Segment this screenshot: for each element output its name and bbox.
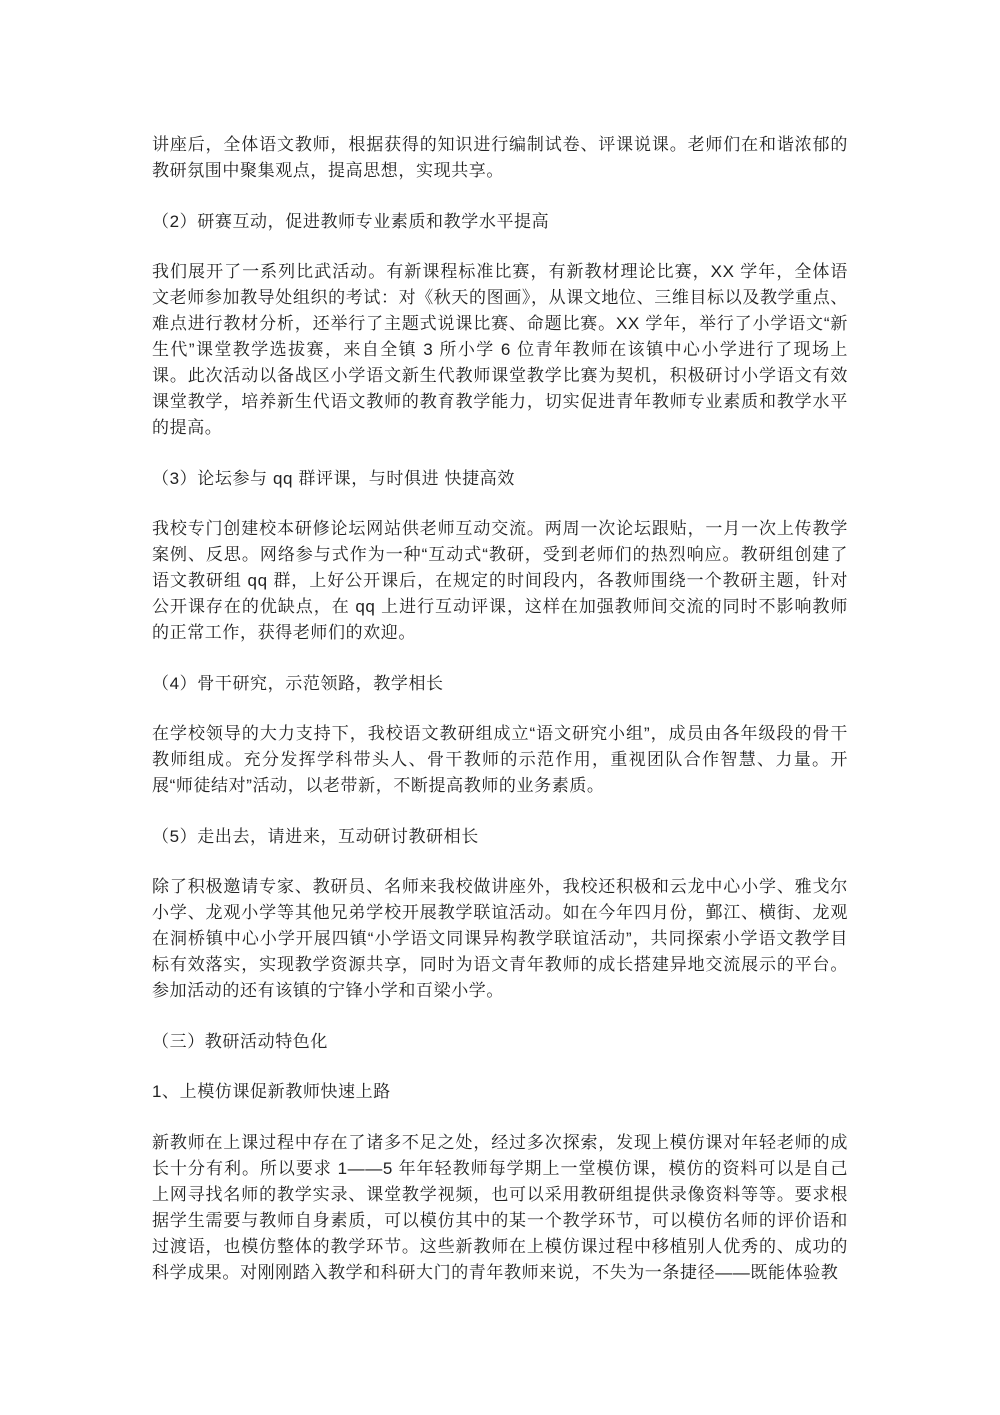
- paragraph-new-teacher-imitation: 新教师在上课过程中存在了诸多不足之处，经过多次探索，发现上模仿课对年轻老师的成长…: [152, 1130, 848, 1286]
- heading-1-imitation-class: 1、上模仿课促新教师快速上路: [152, 1079, 848, 1105]
- document-page: 讲座后，全体语文教师，根据获得的知识进行编制试卷、评课说课。老师们在和谐浓郁的教…: [0, 0, 1000, 1415]
- heading-section-three-special-activities: （三）教研活动特色化: [152, 1029, 848, 1055]
- paragraph-school-exchange-activities: 除了积极邀请专家、教研员、名师来我校做讲座外，我校还积极和云龙中心小学、雅戈尔小…: [152, 874, 848, 1004]
- document-body: 讲座后，全体语文教师，根据获得的知识进行编制试卷、评课说课。老师们在和谐浓郁的教…: [152, 132, 848, 1310]
- heading-4-backbone-research: （4）骨干研究，示范领路，教学相长: [152, 671, 848, 697]
- heading-3-forum-qq-review: （3）论坛参与 qq 群评课，与时俱进 快捷高效: [152, 466, 848, 492]
- paragraph-forum-qq-interaction: 我校专门创建校本研修论坛网站供老师互动交流。两周一次论坛跟贴，一月一次上传教学案…: [152, 516, 848, 646]
- paragraph-competition-activities: 我们展开了一系列比武活动。有新课程标准比赛，有新教材理论比赛，XX 学年，全体语…: [152, 259, 848, 441]
- paragraph-backbone-research-group: 在学校领导的大力支持下，我校语文教研组成立“语文研究小组”，成员由各年级段的骨干…: [152, 721, 848, 799]
- heading-5-go-out-invite-in: （5）走出去，请进来，互动研讨教研相长: [152, 824, 848, 850]
- paragraph-lecture-review: 讲座后，全体语文教师，根据获得的知识进行编制试卷、评课说课。老师们在和谐浓郁的教…: [152, 132, 848, 184]
- heading-2-competition-interaction: （2）研赛互动，促进教师专业素质和教学水平提高: [152, 209, 848, 235]
